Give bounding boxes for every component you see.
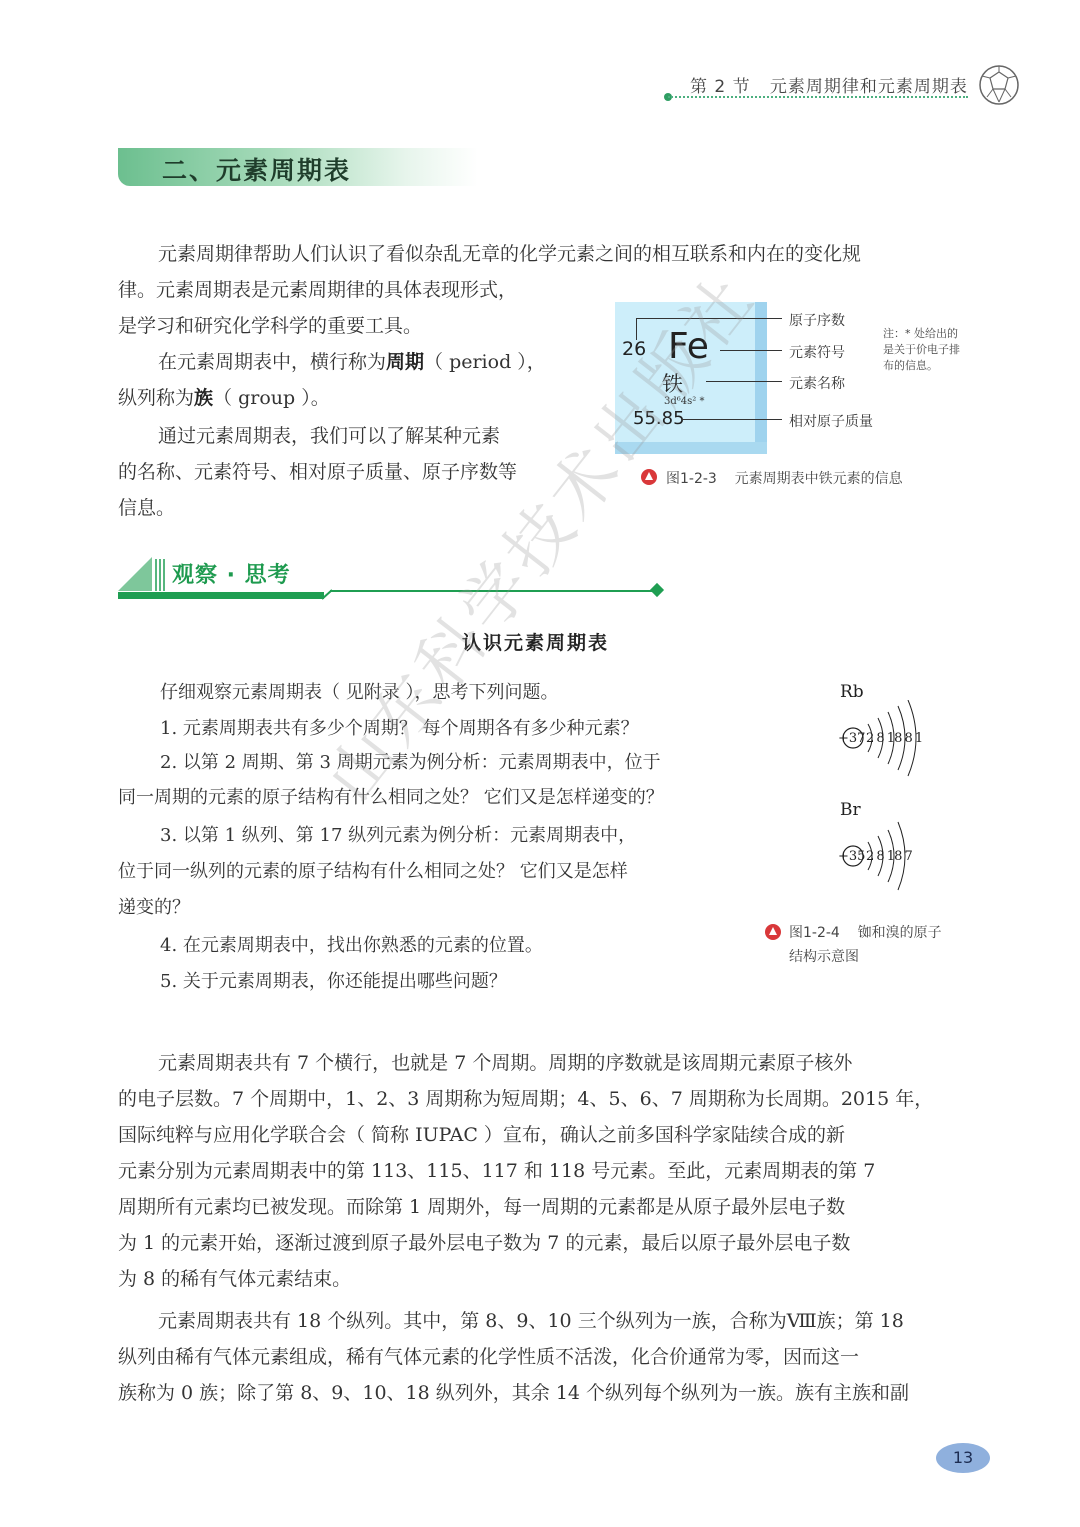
body-line: 国际纯粹与应用化学联合会（ 简称 IUPAC ）宣布，确认之前多国科学家陆续合成… <box>118 1117 845 1153</box>
body-line: 族称为 0 族；除了第 8、9、10、18 纵列外，其余 14 个纵列每个纵列为… <box>118 1375 909 1411</box>
text-line: 的名称、元素符号、相对原子质量、原子序数等 <box>118 454 517 490</box>
figure-caption-icon <box>765 924 781 940</box>
header-dotted-rule <box>668 96 968 98</box>
body-line: 元素周期表共有 18 个纵列。其中，第 8、9、10 三个纵列为一族，合称为Ⅷ族… <box>158 1303 904 1339</box>
label-name: 元素名称 <box>789 373 845 393</box>
body-line: 周期所有元素均已被发现。而除第 1 周期外，每一周期的元素都是从原子最外层电子数 <box>118 1189 845 1225</box>
figure-caption: 图1-2-4 铷和溴的原子 <box>789 922 942 942</box>
body-line: 元素分别为元素周期表中的第 113、115、117 和 118 号元素。至此，元… <box>118 1153 875 1189</box>
body-line: 元素周期表共有 7 个横行，也就是 7 个周期。周期的序数就是该周期元素原子核外 <box>158 1045 852 1081</box>
leader-line <box>682 419 782 420</box>
text-line: 是学习和研究化学科学的重要工具。 <box>118 308 422 344</box>
page-number: 13 <box>936 1443 990 1473</box>
body-line: 为 8 的稀有气体元素结束。 <box>118 1261 351 1297</box>
text-line: 通过元素周期表，我们可以了解某种元素 <box>158 418 500 454</box>
text-line: 元素周期律帮助人们认识了看似杂乱无章的化学元素之间的相互联系和内在的变化规 <box>158 243 861 265</box>
chapter-section-title: 第 2 节 元素周期律和元素周期表 <box>690 72 968 97</box>
br-nucleus: +35 <box>838 849 865 864</box>
observe-heading: 观察 · 思考 <box>172 558 291 589</box>
question-3-cont: 递变的？ <box>118 890 190 926</box>
figure-note: 注：* 处给出的是关于价电子排布的信息。 <box>883 326 963 374</box>
text-line: 律。元素周期表是元素周期律的具体表现形式， <box>118 272 517 308</box>
section-heading: 二、元素周期表 <box>162 151 351 187</box>
term-period: 周期 <box>386 351 424 373</box>
fullerene-ball-icon <box>978 64 1020 106</box>
br-shells: 2 8 18 7 <box>866 849 912 864</box>
label-atomic-number: 原子序数 <box>789 310 845 330</box>
atom-label-br: Br <box>840 800 861 820</box>
leader-line <box>706 381 782 382</box>
observe-heading-icon <box>118 553 168 593</box>
heading-rule-thick <box>118 592 324 599</box>
intro-paragraph-2: 在元素周期表中，横行称为周期（ period ）， <box>158 344 546 380</box>
text-span: （ period ）， <box>424 351 546 373</box>
atom-label-rb: Rb <box>840 682 864 702</box>
text-span: 纵列称为 <box>118 387 194 409</box>
text-span: （ group ）。 <box>213 387 330 409</box>
term-group: 族 <box>194 387 213 409</box>
text-line: 信息。 <box>118 490 175 526</box>
body-line: 纵列由稀有气体元素组成，稀有气体元素的化学性质不活泼，化合价通常为零，因而这一 <box>118 1339 859 1375</box>
question-5: 5. 关于元素周期表，你还能提出哪些问题？ <box>160 964 507 1000</box>
body-line: 的电子层数。7 个周期中，1、2、3 周期称为短周期；4、5、6、7 周期称为长… <box>118 1081 933 1117</box>
label-symbol: 元素符号 <box>789 342 845 362</box>
intro-paragraph-1: 元素周期律帮助人们认识了看似杂乱无章的化学元素之间的相互联系和内在的变化规 <box>118 236 978 272</box>
rb-shells: 2 8 18 8 1 <box>866 731 922 746</box>
figure-caption: 图1-2-3 元素周期表中铁元素的信息 <box>666 468 903 488</box>
question-4: 4. 在元素周期表中，找出你熟悉的元素的位置。 <box>160 928 543 964</box>
rb-nucleus: +37 <box>838 731 865 746</box>
heading-rule-diamond <box>650 583 664 597</box>
label-mass: 相对原子质量 <box>789 411 873 431</box>
question-3: 3. 以第 1 纵列、第 17 纵列元素为例分析：元素周期表中， <box>160 818 636 854</box>
intro-paragraph-2-line2: 纵列称为族（ group ）。 <box>118 380 330 416</box>
body-line: 为 1 的元素开始，逐渐过渡到原子最外层电子数为 7 的元素，最后以原子最外层电… <box>118 1225 850 1261</box>
figure-caption-cont: 结构示意图 <box>789 946 859 966</box>
question-3-cont: 位于同一纵列的元素的原子结构有什么相同之处？ 它们又是怎样 <box>118 854 628 890</box>
text-span: 在元素周期表中，横行称为 <box>158 351 386 373</box>
